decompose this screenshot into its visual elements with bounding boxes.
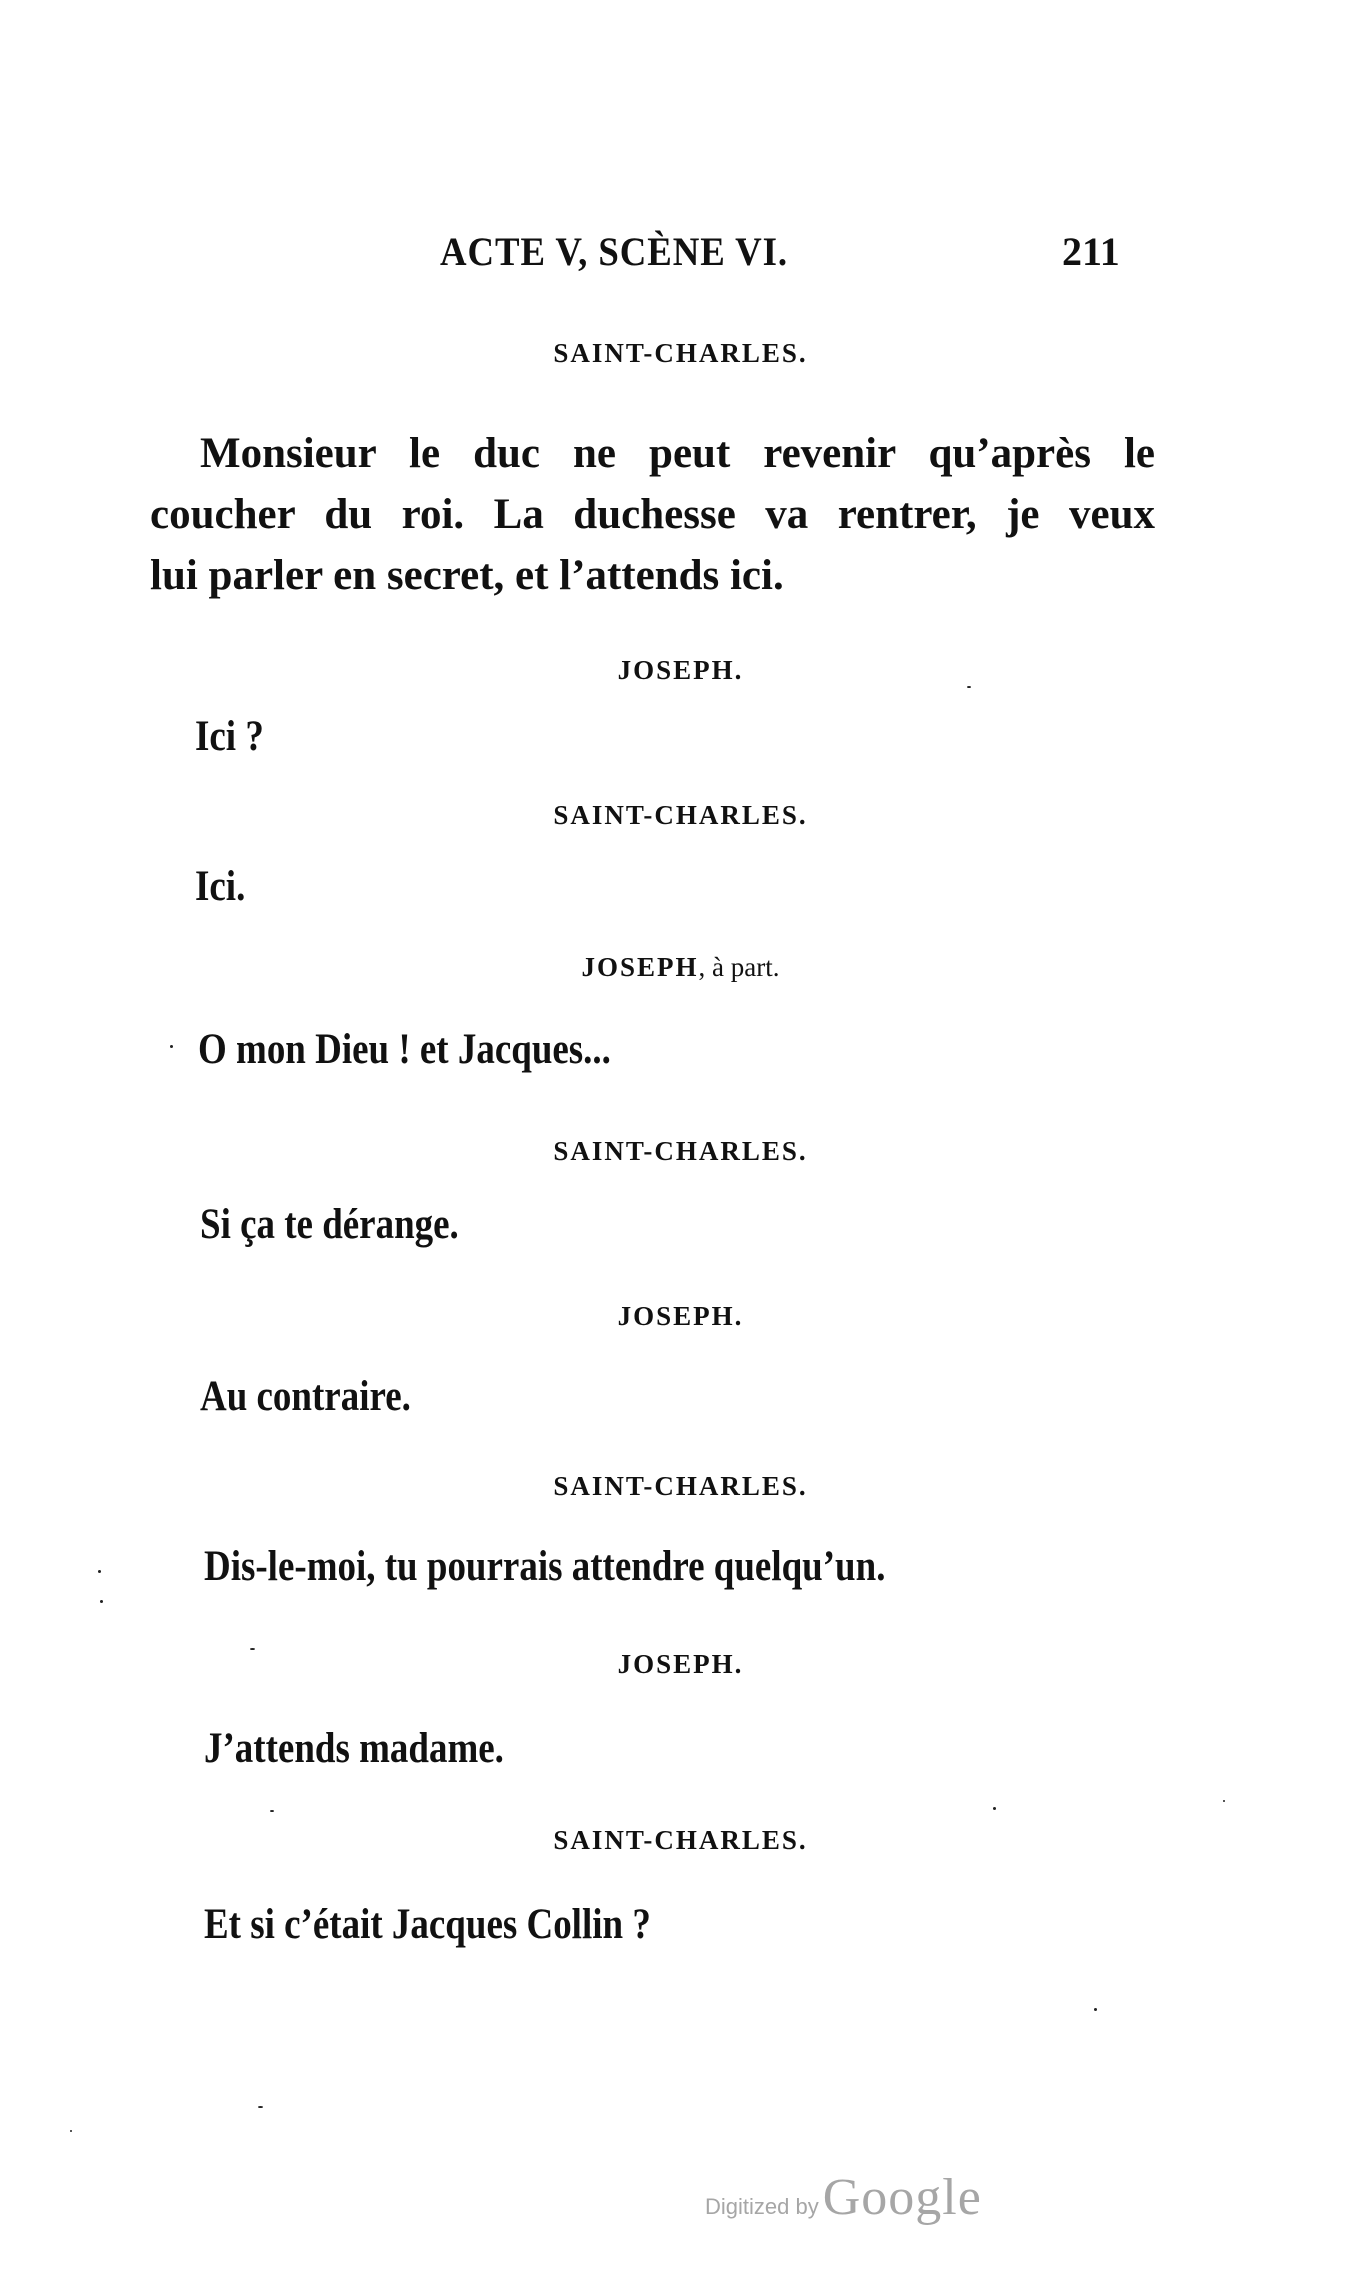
text-line: coucher du roi. La duchesse va rentrer, … — [150, 484, 1155, 545]
scan-speck — [170, 1045, 173, 1048]
scan-speck — [258, 2106, 263, 2108]
dialogue-line: Ici ? — [195, 712, 264, 761]
speaker-label: JOSEPH — [582, 952, 699, 982]
speaker-name: SAINT-CHARLES. — [0, 1136, 1361, 1167]
speaker-label: SAINT-CHARLES. — [553, 1471, 807, 1501]
google-logo-text: Google — [823, 2169, 982, 2226]
speaker-name: JOSEPH. — [0, 1649, 1361, 1680]
watermark-prefix: Digitized by — [705, 2194, 819, 2219]
scan-speck — [270, 1810, 274, 1812]
dialogue-line: Dis-le-moi, tu pourrais attendre quelqu’… — [204, 1542, 885, 1591]
speaker-label: SAINT-CHARLES. — [553, 1825, 807, 1855]
speaker-name: JOSEPH. — [0, 1301, 1361, 1332]
scan-speck — [1223, 1800, 1225, 1802]
speaker-label: SAINT-CHARLES. — [553, 800, 807, 830]
dialogue-line: Et si c’était Jacques Collin ? — [204, 1900, 651, 1949]
speaker-name: SAINT-CHARLES. — [0, 338, 1361, 369]
speaker-label: SAINT-CHARLES. — [553, 1136, 807, 1166]
running-head: ACTE V, SCÈNE VI. — [440, 228, 788, 275]
scan-speck — [993, 1807, 996, 1810]
dialogue-line: O mon Dieu ! et Jacques... — [198, 1025, 611, 1074]
dialogue-line: Ici. — [195, 862, 245, 911]
scan-speck — [967, 686, 971, 688]
digitized-by-google-watermark: Digitized by Google — [705, 2168, 982, 2227]
dialogue-line: Au contraire. — [200, 1372, 411, 1421]
page-number: 211 — [1062, 228, 1120, 275]
scan-speck — [1094, 2008, 1097, 2011]
speaker-label: JOSEPH. — [618, 1301, 744, 1331]
speaker-name: JOSEPH, à part. — [0, 952, 1361, 983]
text-line: Monsieur le duc ne peut revenir qu’après… — [150, 423, 1155, 484]
scan-speck — [70, 2130, 72, 2132]
scan-speck — [250, 1648, 255, 1650]
dialogue-paragraph: Monsieur le duc ne peut revenir qu’après… — [150, 423, 1155, 606]
dialogue-line: J’attends madame. — [204, 1724, 504, 1773]
stage-direction: , à part. — [699, 952, 780, 982]
scan-speck — [100, 1600, 103, 1603]
speaker-name: SAINT-CHARLES. — [0, 1471, 1361, 1502]
scan-speck — [98, 1570, 101, 1573]
speaker-label: JOSEPH. — [618, 655, 744, 685]
dialogue-line: Si ça te dérange. — [200, 1200, 459, 1249]
speaker-label: JOSEPH. — [618, 1649, 744, 1679]
text-line: lui parler en secret, et l’attends ici. — [150, 545, 1155, 606]
speaker-name: SAINT-CHARLES. — [0, 1825, 1361, 1856]
speaker-name: SAINT-CHARLES. — [0, 800, 1361, 831]
speaker-label: SAINT-CHARLES. — [553, 338, 807, 368]
speaker-name: JOSEPH. — [0, 655, 1361, 686]
